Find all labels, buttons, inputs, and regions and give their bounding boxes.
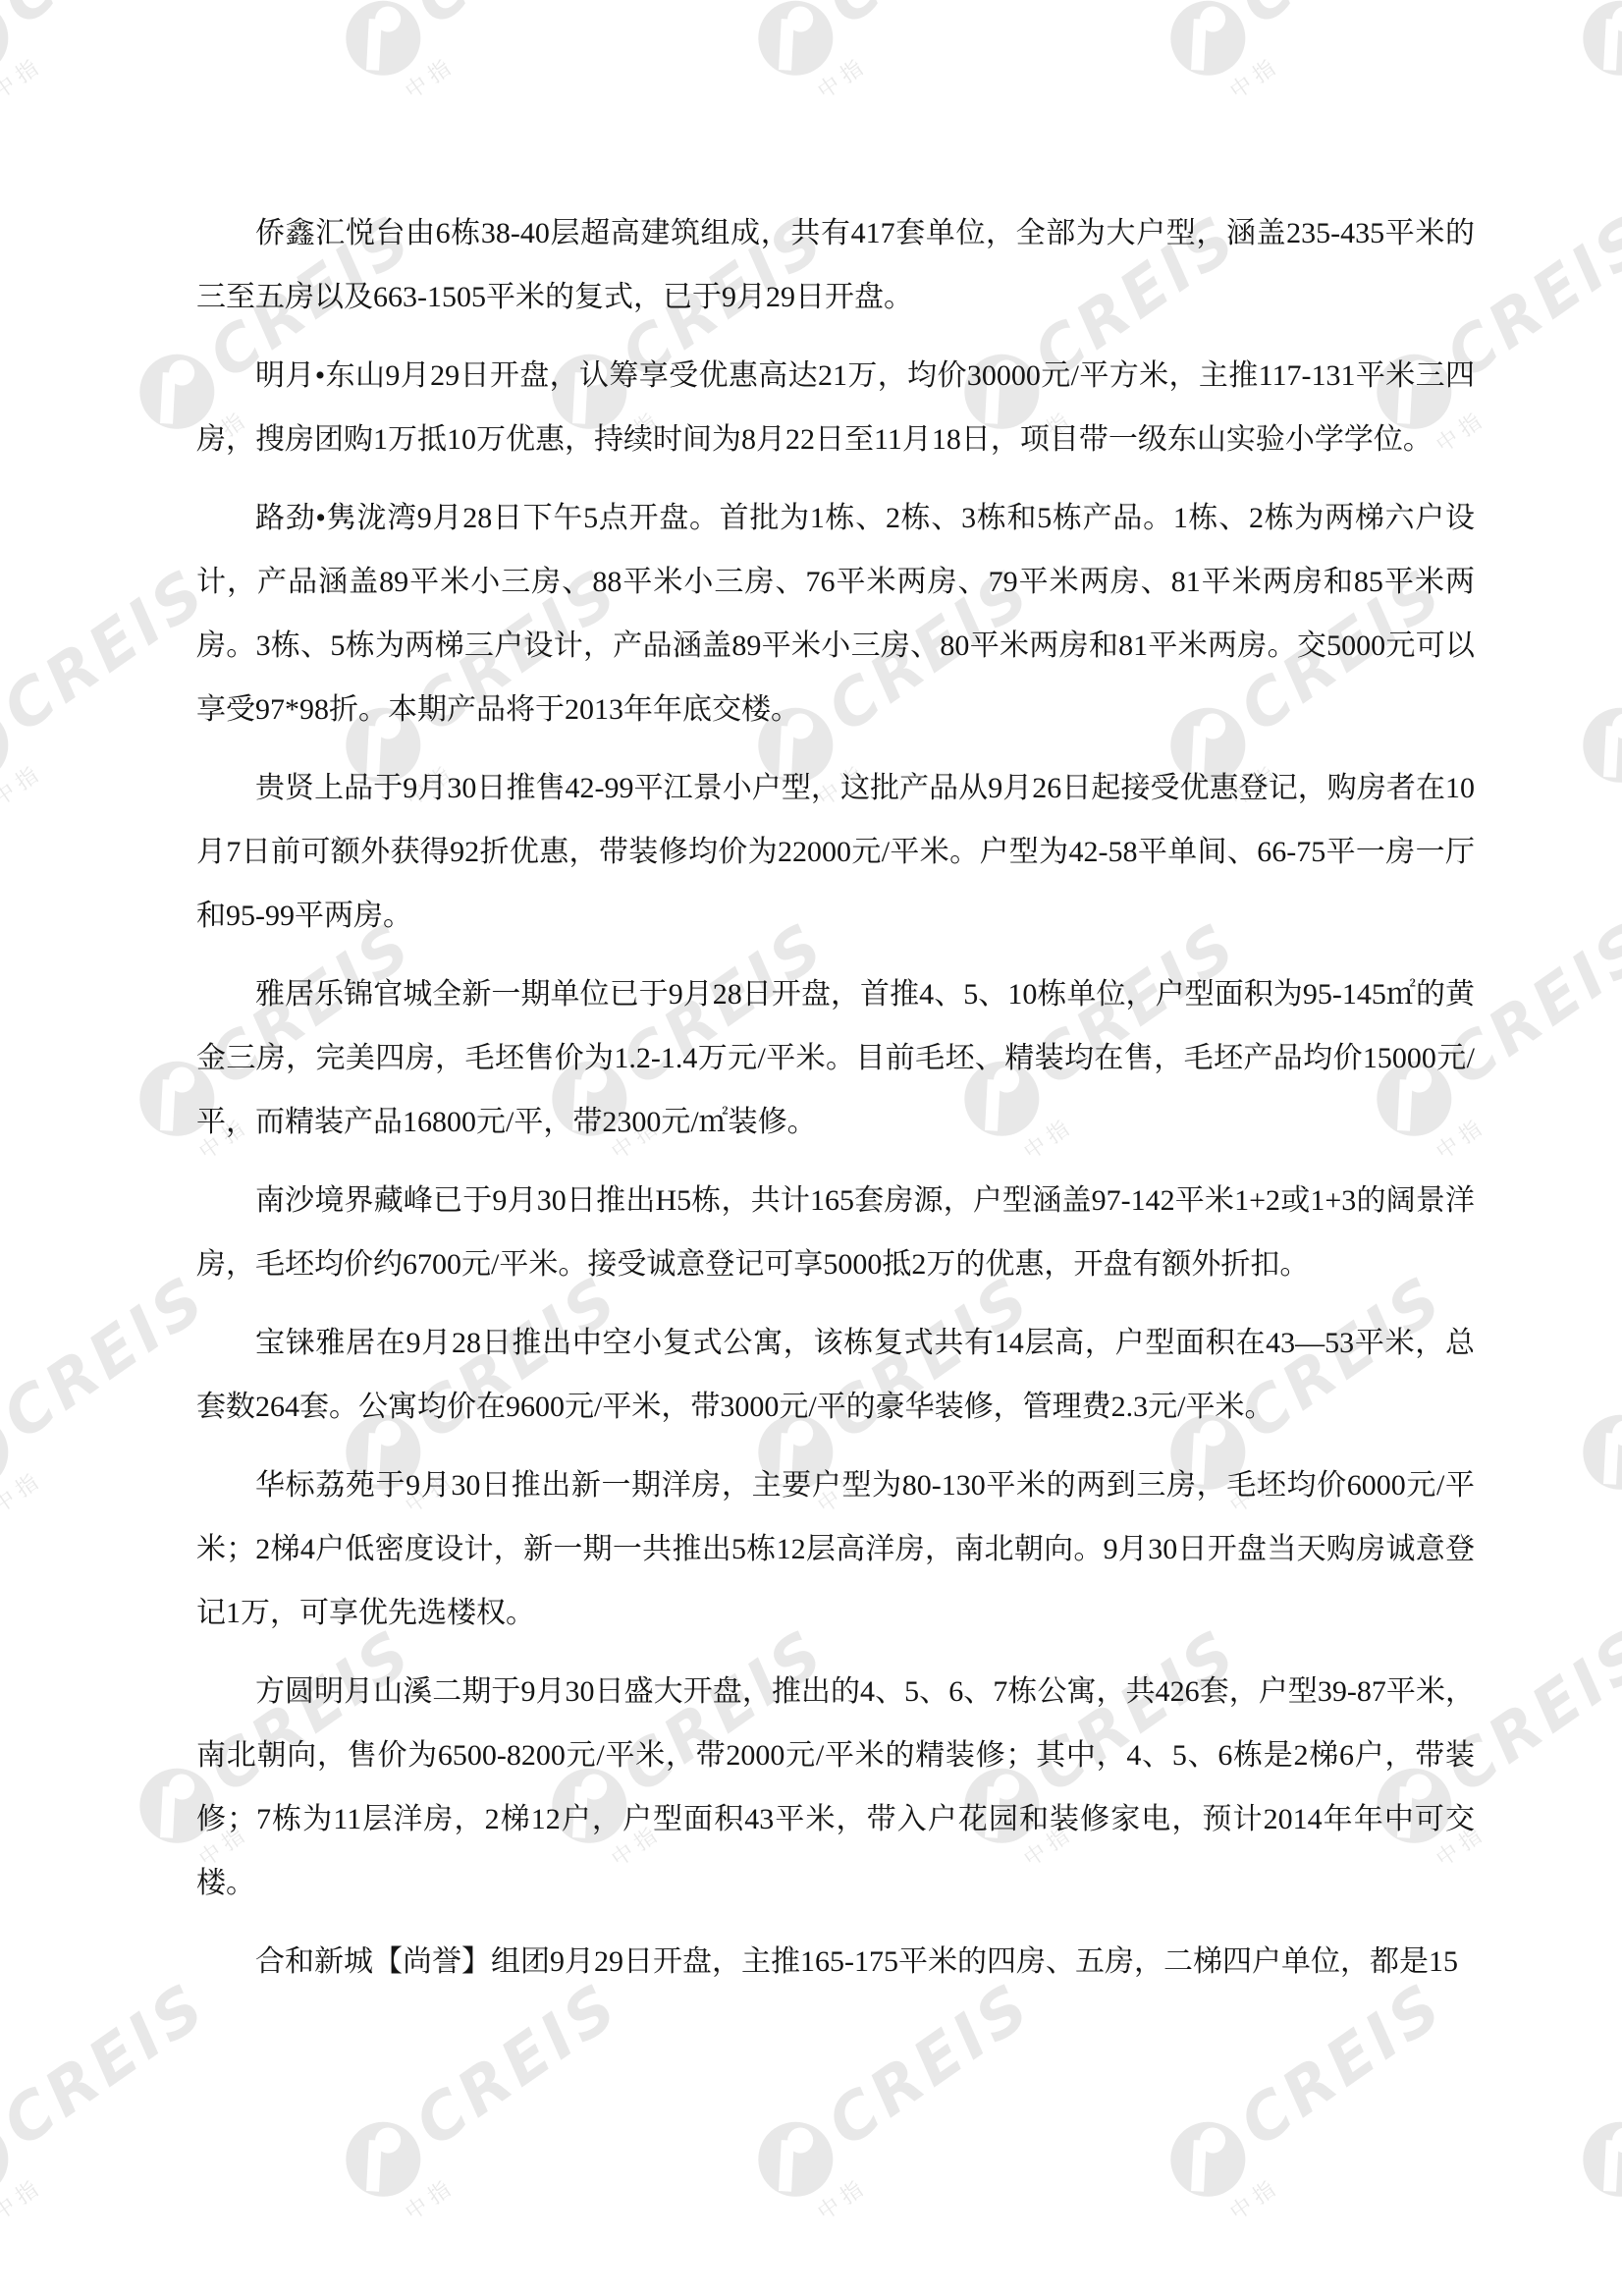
creis-logo-icon bbox=[0, 0, 23, 90]
paragraph: 侨鑫汇悦台由6栋38-40层超高建筑组成，共有417套单位，全部为大户型，涵盖2… bbox=[196, 201, 1475, 329]
creis-logo-icon bbox=[743, 2107, 847, 2212]
creis-logo-icon bbox=[1568, 1400, 1622, 1504]
creis-logo-icon bbox=[0, 2107, 23, 2212]
creis-logo-icon bbox=[1156, 0, 1260, 90]
watermark-brand-text: CREIS bbox=[0, 1973, 218, 2157]
watermark-cjk-text: 中指 bbox=[0, 2170, 48, 2227]
creis-watermark: CREIS中指 bbox=[0, 1968, 221, 2211]
document-page: CREIS中指CREIS中指CREIS中指CREIS中指CREIS中指CREIS… bbox=[0, 0, 1622, 2296]
creis-logo-icon bbox=[1568, 2107, 1622, 2212]
paragraph: 明月•东山9月29日开盘，认筹享受优惠高达21万，均价30000元/平方米，主推… bbox=[196, 344, 1475, 471]
creis-logo-icon bbox=[1568, 0, 1622, 90]
paragraph: 合和新城【尚誉】组团9月29日开盘，主推165-175平米的四房、五房，二梯四户… bbox=[196, 1930, 1475, 1994]
paragraph: 贵贤上品于9月30日推售42-99平江景小户型，这批产品从9月26日起接受优惠登… bbox=[196, 756, 1475, 948]
watermark-brand-text: CREIS bbox=[0, 0, 218, 35]
creis-logo-icon bbox=[0, 693, 23, 797]
creis-watermark: CREIS中指 bbox=[0, 0, 221, 90]
paragraph: 宝铼雅居在9月28日推出中空小复式公寓，该栋复式共有14层高，户型面积在43—5… bbox=[196, 1311, 1475, 1439]
paragraph: 华标荔苑于9月30日推出新一期洋房，主要户型为80-130平米的两到三房，毛坯均… bbox=[196, 1453, 1475, 1645]
creis-logo-icon bbox=[1568, 693, 1622, 797]
watermark-cjk-text: 中指 bbox=[811, 2170, 874, 2227]
watermark-cjk-text: 中指 bbox=[811, 49, 874, 106]
watermark-cjk-text: 中指 bbox=[399, 49, 461, 106]
document-body: 侨鑫汇悦台由6栋38-40层超高建筑组成，共有417套单位，全部为大户型，涵盖2… bbox=[196, 201, 1475, 2008]
watermark-cjk-text: 中指 bbox=[0, 1463, 48, 1520]
creis-logo-icon bbox=[743, 0, 847, 90]
creis-watermark: CREIS中指 bbox=[1568, 1968, 1622, 2211]
creis-logo-icon bbox=[331, 0, 435, 90]
watermark-brand-text: CREIS bbox=[405, 0, 630, 35]
creis-logo-icon bbox=[331, 2107, 435, 2212]
creis-logo-icon bbox=[1156, 2107, 1260, 2212]
watermark-brand-text: CREIS bbox=[1230, 0, 1455, 35]
creis-logo-icon bbox=[0, 1400, 23, 1504]
watermark-cjk-text: 中指 bbox=[1223, 2170, 1286, 2227]
paragraph: 路劲•隽泷湾9月28日下午5点开盘。首批为1栋、2栋、3栋和5栋产品。1栋、2栋… bbox=[196, 486, 1475, 741]
watermark-cjk-text: 中指 bbox=[399, 2170, 461, 2227]
watermark-cjk-text: 中指 bbox=[1223, 49, 1286, 106]
paragraph: 南沙境界藏峰已于9月30日推出H5栋，共计165套房源，户型涵盖97-142平米… bbox=[196, 1169, 1475, 1296]
watermark-brand-text: CREIS bbox=[0, 1266, 218, 1449]
creis-watermark: CREIS中指 bbox=[1568, 554, 1622, 796]
paragraph: 方圆明月山溪二期于9月30日盛大开盘，推出的4、5、6、7栋公寓，共426套，户… bbox=[196, 1660, 1475, 1915]
watermark-brand-text: CREIS bbox=[0, 559, 218, 742]
watermark-cjk-text: 中指 bbox=[0, 49, 48, 106]
watermark-brand-text: CREIS bbox=[818, 0, 1043, 35]
creis-watermark: CREIS中指 bbox=[1568, 1261, 1622, 1503]
creis-watermark: CREIS中指 bbox=[1156, 0, 1458, 90]
creis-watermark: CREIS中指 bbox=[0, 554, 221, 796]
creis-watermark: CREIS中指 bbox=[743, 0, 1046, 90]
creis-watermark: CREIS中指 bbox=[0, 1261, 221, 1503]
paragraph: 雅居乐锦官城全新一期单位已于9月28日开盘，首推4、5、10栋单位，户型面积为9… bbox=[196, 962, 1475, 1154]
creis-watermark: CREIS中指 bbox=[331, 0, 633, 90]
creis-watermark: CREIS中指 bbox=[1568, 0, 1622, 90]
watermark-cjk-text: 中指 bbox=[0, 756, 48, 813]
